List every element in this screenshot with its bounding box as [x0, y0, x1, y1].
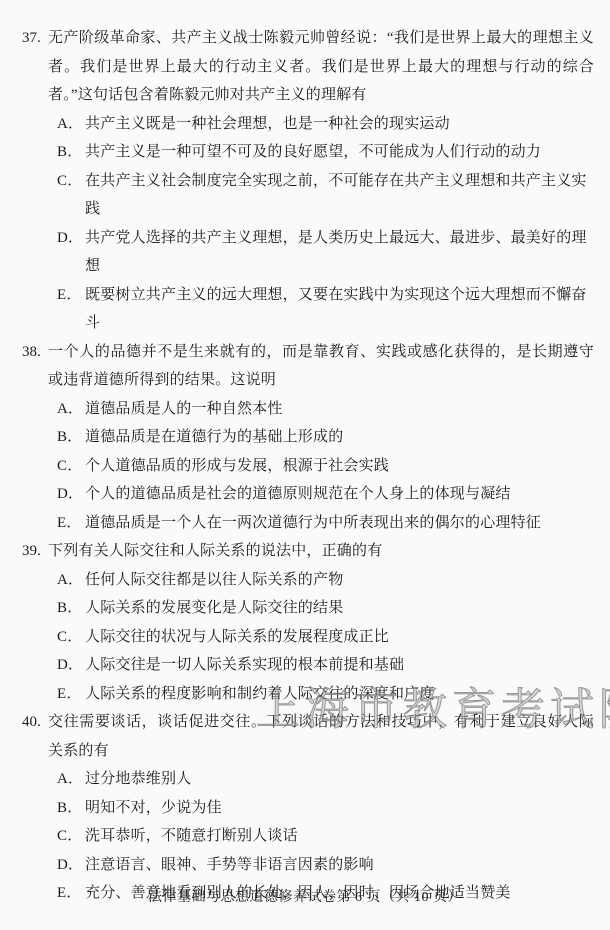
option-text: 道德品质是人的一种自然本性 — [85, 395, 594, 424]
question-39-option-e: E． 人际关系的程度影响和制约着人际交往的深度和广度 — [48, 680, 594, 709]
option-label: E． — [57, 680, 85, 709]
option-label: E． — [57, 281, 85, 338]
option-label: D． — [57, 851, 85, 880]
question-40-option-b: B． 明知不对，少说为佳 — [48, 794, 594, 823]
option-text: 共产主义是一种可望不可及的良好愿望，不可能成为人们行动的动力 — [85, 138, 594, 167]
question-37-option-a: A． 共产主义既是一种社会理想，也是一种社会的现实运动 — [48, 110, 594, 139]
question-39-stem: 下列有关人际交往和人际关系的说法中，正确的有 — [48, 537, 594, 566]
question-39-option-a: A． 任何人际交往都是以往人际关系的产物 — [48, 566, 594, 595]
option-text: 任何人际交往都是以往人际关系的产物 — [85, 566, 594, 595]
option-label: A． — [57, 395, 85, 424]
option-label: D． — [57, 651, 85, 680]
exam-page: 37. 无产阶级革命家、共产主义战士陈毅元帅曾经说：“我们是世界上最大的理想主义… — [0, 0, 610, 930]
question-40-body: 交往需要谈话，谈话促进交往。下列谈话的方法和技巧中，有利于建立良好人际关系的有 … — [48, 708, 594, 908]
option-text: 道德品质是一个人在一两次道德行为中所表现出来的偶尔的心理特征 — [85, 509, 594, 538]
question-40-option-c: C． 洗耳恭听，不随意打断别人谈话 — [48, 822, 594, 851]
option-label: B． — [57, 594, 85, 623]
option-label: E． — [57, 509, 85, 538]
questions-area: 37. 无产阶级革命家、共产主义战士陈毅元帅曾经说：“我们是世界上最大的理想主义… — [22, 24, 594, 908]
option-label: C． — [57, 822, 85, 851]
option-text: 注意语言、眼神、手势等非语言因素的影响 — [85, 851, 594, 880]
question-39-option-c: C． 人际交往的状况与人际关系的发展程度成正比 — [48, 623, 594, 652]
question-39-body: 下列有关人际交往和人际关系的说法中，正确的有 A． 任何人际交往都是以往人际关系… — [48, 537, 594, 708]
option-label: A． — [57, 110, 85, 139]
question-40-number: 40. — [22, 708, 48, 737]
question-38-option-d: D． 个人的道德品质是社会的道德原则规范在个人身上的体现与凝结 — [48, 480, 594, 509]
question-40-stem: 交往需要谈话，谈话促进交往。下列谈话的方法和技巧中，有利于建立良好人际关系的有 — [48, 708, 594, 765]
option-text: 人际交往是一切人际关系实现的根本前提和基础 — [85, 651, 594, 680]
question-38-stem: 一个人的品德并不是生来就有的，而是靠教育、实践或感化获得的，是长期遵守或违背道德… — [48, 338, 594, 395]
question-38: 38. 一个人的品德并不是生来就有的，而是靠教育、实践或感化获得的，是长期遵守或… — [22, 338, 594, 538]
option-text: 人际交往的状况与人际关系的发展程度成正比 — [85, 623, 594, 652]
page-footer: 法律基础与思想道德修养试卷第 6 页（共 10 页） — [0, 884, 610, 913]
question-38-option-e: E． 道德品质是一个人在一两次道德行为中所表现出来的偶尔的心理特征 — [48, 509, 594, 538]
option-label: D． — [57, 480, 85, 509]
question-38-body: 一个人的品德并不是生来就有的，而是靠教育、实践或感化获得的，是长期遵守或违背道德… — [48, 338, 594, 538]
option-text: 在共产主义社会制度完全实现之前，不可能存在共产主义理想和共产主义实践 — [85, 167, 594, 224]
option-label: B． — [57, 794, 85, 823]
option-label: C． — [57, 167, 85, 224]
question-39-option-d: D． 人际交往是一切人际关系实现的根本前提和基础 — [48, 651, 594, 680]
question-38-number: 38. — [22, 338, 48, 367]
option-label: A． — [57, 765, 85, 794]
option-text: 个人的道德品质是社会的道德原则规范在个人身上的体现与凝结 — [85, 480, 594, 509]
option-text: 人际关系的程度影响和制约着人际交往的深度和广度 — [85, 680, 594, 709]
question-38-option-a: A． 道德品质是人的一种自然本性 — [48, 395, 594, 424]
option-label: B． — [57, 423, 85, 452]
question-40: 40. 交往需要谈话，谈话促进交往。下列谈话的方法和技巧中，有利于建立良好人际关… — [22, 708, 594, 908]
option-text: 道德品质是在道德行为的基础上形成的 — [85, 423, 594, 452]
option-label: C． — [57, 452, 85, 481]
option-label: B． — [57, 138, 85, 167]
question-37-body: 无产阶级革命家、共产主义战士陈毅元帅曾经说：“我们是世界上最大的理想主义者。我们… — [48, 24, 594, 338]
option-text: 洗耳恭听，不随意打断别人谈话 — [85, 822, 594, 851]
question-39-option-b: B． 人际关系的发展变化是人际交往的结果 — [48, 594, 594, 623]
option-text: 共产党人选择的共产主义理想，是人类历史上最远大、最进步、最美好的理想 — [85, 224, 594, 281]
question-37-stem: 无产阶级革命家、共产主义战士陈毅元帅曾经说：“我们是世界上最大的理想主义者。我们… — [48, 24, 594, 110]
question-39: 39. 下列有关人际交往和人际关系的说法中，正确的有 A． 任何人际交往都是以往… — [22, 537, 594, 708]
question-37-option-d: D． 共产党人选择的共产主义理想，是人类历史上最远大、最进步、最美好的理想 — [48, 224, 594, 281]
question-39-number: 39. — [22, 537, 48, 566]
option-text: 共产主义既是一种社会理想，也是一种社会的现实运动 — [85, 110, 594, 139]
question-37-option-c: C． 在共产主义社会制度完全实现之前，不可能存在共产主义理想和共产主义实践 — [48, 167, 594, 224]
question-37-number: 37. — [22, 24, 48, 53]
option-label: D． — [57, 224, 85, 281]
option-label: C． — [57, 623, 85, 652]
option-text: 过分地恭维别人 — [85, 765, 594, 794]
option-text: 人际关系的发展变化是人际交往的结果 — [85, 594, 594, 623]
question-37-option-b: B． 共产主义是一种可望不可及的良好愿望，不可能成为人们行动的动力 — [48, 138, 594, 167]
question-37-option-e: E． 既要树立共产主义的远大理想，又要在实践中为实现这个远大理想而不懈奋斗 — [48, 281, 594, 338]
question-38-option-b: B． 道德品质是在道德行为的基础上形成的 — [48, 423, 594, 452]
question-40-option-d: D． 注意语言、眼神、手势等非语言因素的影响 — [48, 851, 594, 880]
option-text: 个人道德品质的形成与发展，根源于社会实践 — [85, 452, 594, 481]
option-label: A． — [57, 566, 85, 595]
question-40-option-a: A． 过分地恭维别人 — [48, 765, 594, 794]
question-38-option-c: C． 个人道德品质的形成与发展，根源于社会实践 — [48, 452, 594, 481]
option-text: 明知不对，少说为佳 — [85, 794, 594, 823]
option-text: 既要树立共产主义的远大理想，又要在实践中为实现这个远大理想而不懈奋斗 — [85, 281, 594, 338]
question-37: 37. 无产阶级革命家、共产主义战士陈毅元帅曾经说：“我们是世界上最大的理想主义… — [22, 24, 594, 338]
